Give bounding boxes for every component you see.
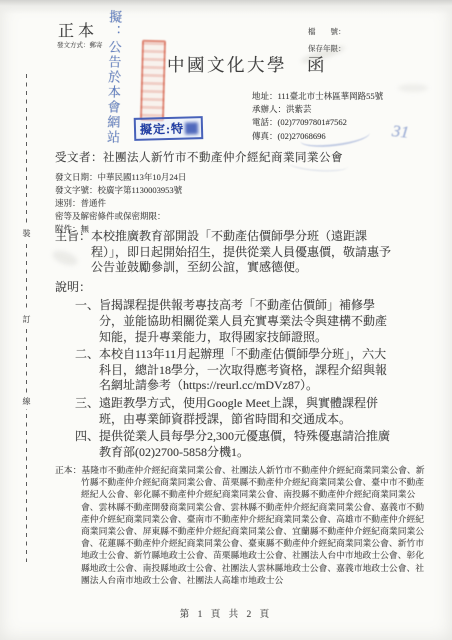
document-title: 中國文化大學 函 [167,52,327,77]
copies-distribution-list: 正本：基隆市不動產仲介經紀商業同業公會、社團法人新竹市不動產仲介經紀商業同業公會… [55,464,429,586]
scan-smudge [398,84,428,92]
item-text: 提供從業人員每學分2,300元優惠價，特殊優惠請洽推廣教育部(02)2700-5… [99,429,390,459]
explanation-item-2: 二、本校自113年11月起辦理「不動產估價師學分班」，六大科目，總計18學分，一… [75,347,396,394]
recipient-line: 受文者：社團法人新竹市不動產仲介經紀商業同業公會 [55,149,343,165]
binding-char-xian: 線 [20,394,33,409]
item-number: 四、 [75,429,99,443]
retention-period-label: 保存年限： [308,43,346,54]
handwritten-mark: 31 [391,121,410,143]
handwritten-vertical-note: 擬：公告於本會網站 [103,10,125,160]
item-text: 本校自113年11月起辦理「不動產估價師學分班」，六大科目，總計18學分，一次取… [99,347,387,392]
file-number-label: 檔 號： [308,26,346,37]
explanation-item-3: 三、遠距教學方式，使用Google Meet上課，與實體課程併班，由專業師資群授… [75,396,396,427]
item-text: 旨揭課程提供報考專技高考「不動產估價師」補修學分，並能協助相關從業人員充實專業法… [99,298,387,343]
item-text: 遠距教學方式，使用Google Meet上課，與實體課程併班，由專業師資群授課，… [99,396,378,426]
item-number: 一、 [75,298,99,312]
approval-stamp-text: 擬定:特 [140,122,184,137]
explanation-item-1: 一、旨揭課程提供報考專技高考「不動產估價師」補修學分，並能協助相關從業人員充實專… [75,298,396,345]
item-number: 三、 [75,396,99,410]
subject-label: 主旨： [55,229,91,243]
explanation-item-4: 四、提供從業人員每學分2,300元優惠價，特殊優惠請洽推廣教育部(02)2700… [75,429,396,460]
copy-type-label: 正本 [58,18,98,41]
security-classification: 密等及解密條件或保密期限： [55,210,186,223]
contact-address: 地址：111臺北市士林區華岡路55號 [252,90,383,103]
stamp-ink-smudge [185,122,198,134]
issue-date: 發文日期：中華民國113年10月24日 [55,171,186,184]
letter-body: 主旨：本校推廣教育部開設「不動產估價師學分班（遠距課程）」，即日起開始招生，提供… [55,229,396,462]
item-number: 二、 [75,347,99,361]
delivery-method-label: 發文方式：郵寄 [57,40,103,49]
copies-text: 基隆市不動產仲介經紀商業同業公會、社團法人新竹市不動產仲介經紀商業同業公會、新竹… [81,465,425,585]
red-receipt-stamp [140,40,166,122]
priority-level: 速別：普通件 [55,197,186,210]
approval-stamp: 擬定:特 [134,116,204,141]
scanned-letter-page: 正本 發文方式：郵寄 擬：公告於本會網站 中國文化大學 函 檔 號： 保存年限：… [0,0,452,640]
copies-label: 正本： [55,465,81,475]
subject-text: 本校推廣教育部開設「不動產估價師學分班（遠距課程）」，即日起開始招生，提供從業人… [91,229,391,274]
page-number-footer: 第 1 頁 共 2 頁 [0,606,452,620]
subject-paragraph: 主旨：本校推廣教育部開設「不動產估價師學分班（遠距課程）」，即日起開始招生，提供… [55,229,396,276]
contact-person: 承辦人：洪紫芸 [252,103,383,116]
scan-edge-shadow [0,0,452,14]
explanation-label: 說明： [55,280,396,296]
document-number: 發文字號：校廣字第1130003953號 [55,184,186,197]
binding-char-zhuang: 裝 [20,226,33,241]
binding-char-ding: 訂 [20,312,33,327]
document-meta-block: 發文日期：中華民國113年10月24日 發文字號：校廣字第1130003953號… [55,171,186,236]
